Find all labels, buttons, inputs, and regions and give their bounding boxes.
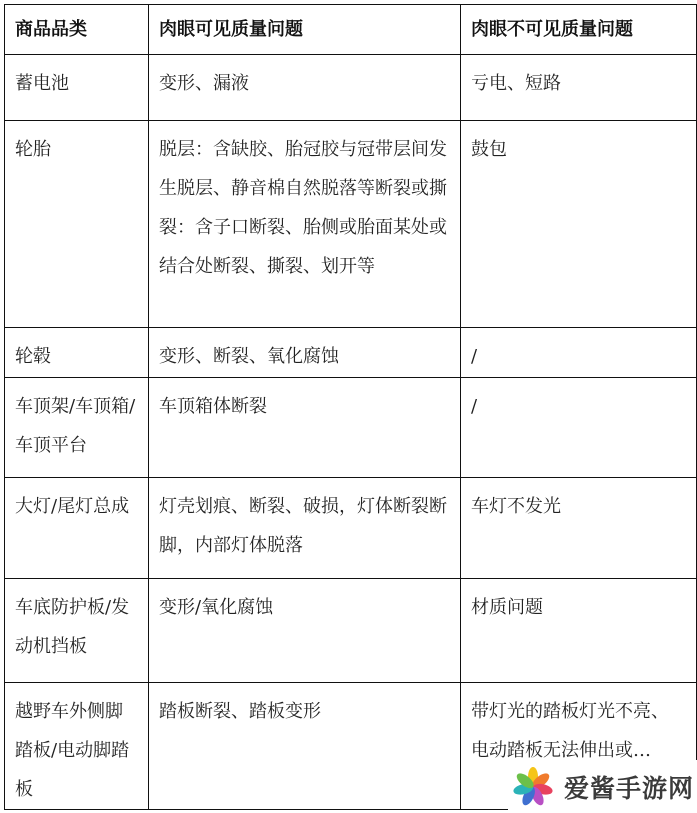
cell-invisible: 亏电、短路: [461, 55, 697, 121]
cell-visible: 变形、断裂、氧化腐蚀: [149, 328, 461, 378]
cell-invisible: /: [461, 378, 697, 478]
cell-category: 轮毂: [5, 328, 149, 378]
cell-invisible: 车灯不发光: [461, 478, 697, 579]
header-category: 商品品类: [5, 5, 149, 55]
table-row: 大灯/尾灯总成 灯壳划痕、断裂、破损，灯体断裂断脚，内部灯体脱落 车灯不发光: [5, 478, 697, 579]
cell-visible: 灯壳划痕、断裂、破损，灯体断裂断脚，内部灯体脱落: [149, 478, 461, 579]
cell-visible: 变形、漏液: [149, 55, 461, 121]
flower-logo-icon: [508, 762, 558, 812]
cell-visible: 变形/氧化腐蚀: [149, 579, 461, 683]
watermark-text: 爱酱手游网: [564, 769, 694, 805]
table-row: 车底防护板/发动机挡板 变形/氧化腐蚀 材质问题: [5, 579, 697, 683]
table-header-row: 商品品类 肉眼可见质量问题 肉眼不可见质量问题: [5, 5, 697, 55]
watermark: 爱酱手游网: [508, 760, 697, 813]
cell-invisible: /: [461, 328, 697, 378]
cell-invisible: 鼓包: [461, 121, 697, 328]
table-row: 车顶架/车顶箱/车顶平台 车顶箱体断裂 /: [5, 378, 697, 478]
table-row: 轮毂 变形、断裂、氧化腐蚀 /: [5, 328, 697, 378]
table-row: 蓄电池 变形、漏液 亏电、短路: [5, 55, 697, 121]
cell-visible: 车顶箱体断裂: [149, 378, 461, 478]
cell-invisible: 材质问题: [461, 579, 697, 683]
cell-category: 轮胎: [5, 121, 149, 328]
cell-category: 越野车外侧脚踏板/电动脚踏板: [5, 683, 149, 810]
cell-visible: 踏板断裂、踏板变形: [149, 683, 461, 810]
header-visible-issues: 肉眼可见质量问题: [149, 5, 461, 55]
cell-category: 车顶架/车顶箱/车顶平台: [5, 378, 149, 478]
quality-issues-table: 商品品类 肉眼可见质量问题 肉眼不可见质量问题 蓄电池 变形、漏液 亏电、短路 …: [4, 4, 697, 810]
cell-category: 蓄电池: [5, 55, 149, 121]
cell-visible: 脱层：含缺胶、胎冠胶与冠带层间发生脱层、静音棉自然脱落等断裂或撕裂：含子口断裂、…: [149, 121, 461, 328]
cell-category: 大灯/尾灯总成: [5, 478, 149, 579]
table-row: 轮胎 脱层：含缺胶、胎冠胶与冠带层间发生脱层、静音棉自然脱落等断裂或撕裂：含子口…: [5, 121, 697, 328]
header-invisible-issues: 肉眼不可见质量问题: [461, 5, 697, 55]
cell-category: 车底防护板/发动机挡板: [5, 579, 149, 683]
